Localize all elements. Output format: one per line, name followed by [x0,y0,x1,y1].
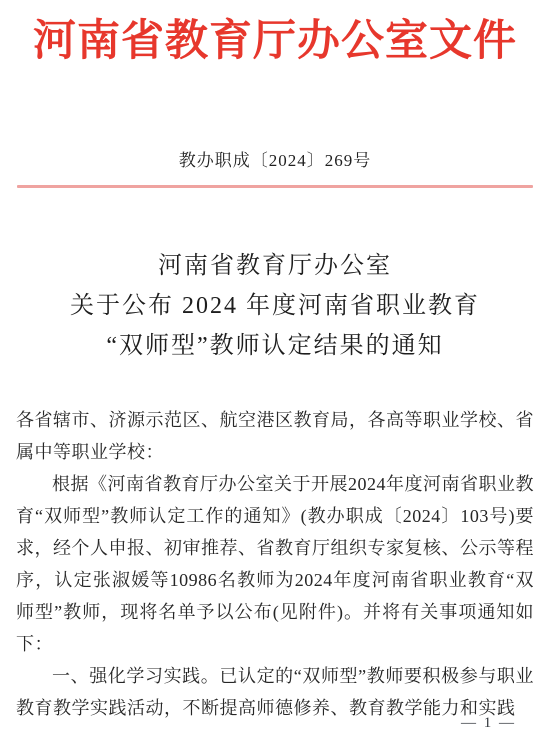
paragraph-basis: 根据《河南省教育厅办公室关于开展2024年度河南省职业教育“双师型”教师认定工作… [16,468,534,660]
title-line-1: 河南省教育厅办公室 [0,246,550,286]
red-header-banner: 河南省教育厅办公室文件 [0,14,550,70]
document-title: 河南省教育厅办公室 关于公布 2024 年度河南省职业教育 “双师型”教师认定结… [0,246,550,366]
document-body: 各省辖市、济源示范区、航空港区教育局，各高等职业学校、省属中等职业学校： 根据《… [16,404,534,724]
title-line-2: 关于公布 2024 年度河南省职业教育 [0,286,550,326]
red-divider-line [17,185,533,188]
paragraph-item-one: 一、强化学习实践。已认定的“双师型”教师要积极参与职业教育教学实践活动，不断提高… [16,660,534,724]
reference-number: 教办职成〔2024〕269号 [0,150,550,172]
salutation: 各省辖市、济源示范区、航空港区教育局，各高等职业学校、省属中等职业学校： [16,404,534,468]
document-page: 河南省教育厅办公室文件 教办职成〔2024〕269号 河南省教育厅办公室 关于公… [0,0,550,745]
page-number: — 1 — [461,715,516,732]
title-line-3: “双师型”教师认定结果的通知 [0,326,550,366]
